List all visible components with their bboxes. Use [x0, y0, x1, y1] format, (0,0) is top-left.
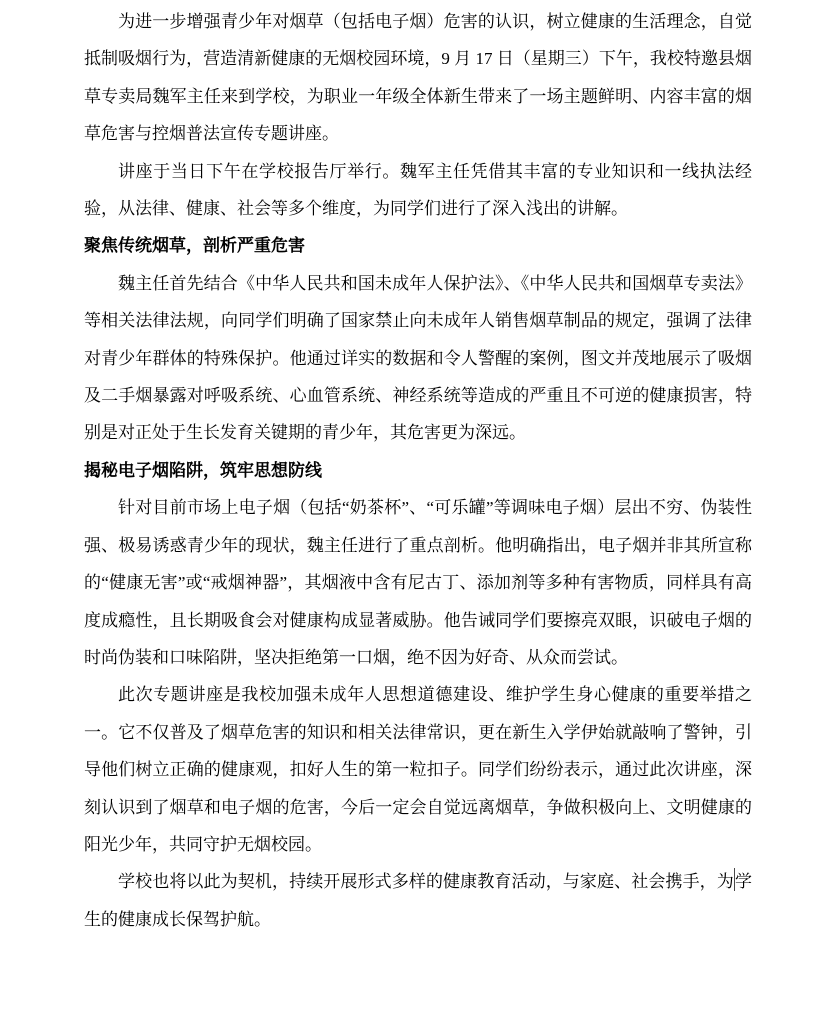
paragraph-closing: 学校也将以此为契机，持续开展形式多样的健康教育活动，与家庭、社会携手，为学生的健…: [84, 863, 752, 938]
document-page: 为进一步增强青少年对烟草（包括电子烟）危害的认识，树立健康的生活理念，自觉抵制吸…: [0, 0, 836, 1025]
paragraph-traditional-tobacco-harm: 魏主任首先结合《中华人民共和国未成年人保护法》、《中华人民共和国烟草专卖法》等相…: [84, 265, 752, 452]
document-text-area[interactable]: 为进一步增强青少年对烟草（包括电子烟）危害的认识，树立健康的生活理念，自觉抵制吸…: [84, 3, 752, 938]
paragraph-ecigarette-analysis: 针对目前市场上电子烟（包括“奶茶杯”、“可乐罐”等调味电子烟）层出不穷、伪装性强…: [84, 489, 752, 676]
paragraph-intro: 为进一步增强青少年对烟草（包括电子烟）危害的认识，树立健康的生活理念，自觉抵制吸…: [84, 3, 752, 153]
paragraph-lecture-overview: 讲座于当日下午在学校报告厅举行。魏军主任凭借其丰富的专业知识和一线执法经验，从法…: [84, 153, 752, 228]
closing-text-before-caret: 学校也将以此为契机，持续开展形式多样的健康教育活动，与家庭、社会携手，为: [118, 872, 734, 891]
section-heading-traditional-tobacco: 聚焦传统烟草，剖析严重危害: [84, 227, 752, 264]
paragraph-lecture-significance: 此次专题讲座是我校加强未成年人思想道德建设、维护学生身心健康的重要举措之一。它不…: [84, 676, 752, 863]
section-heading-ecigarette-trap: 揭秘电子烟陷阱，筑牢思想防线: [84, 452, 752, 489]
